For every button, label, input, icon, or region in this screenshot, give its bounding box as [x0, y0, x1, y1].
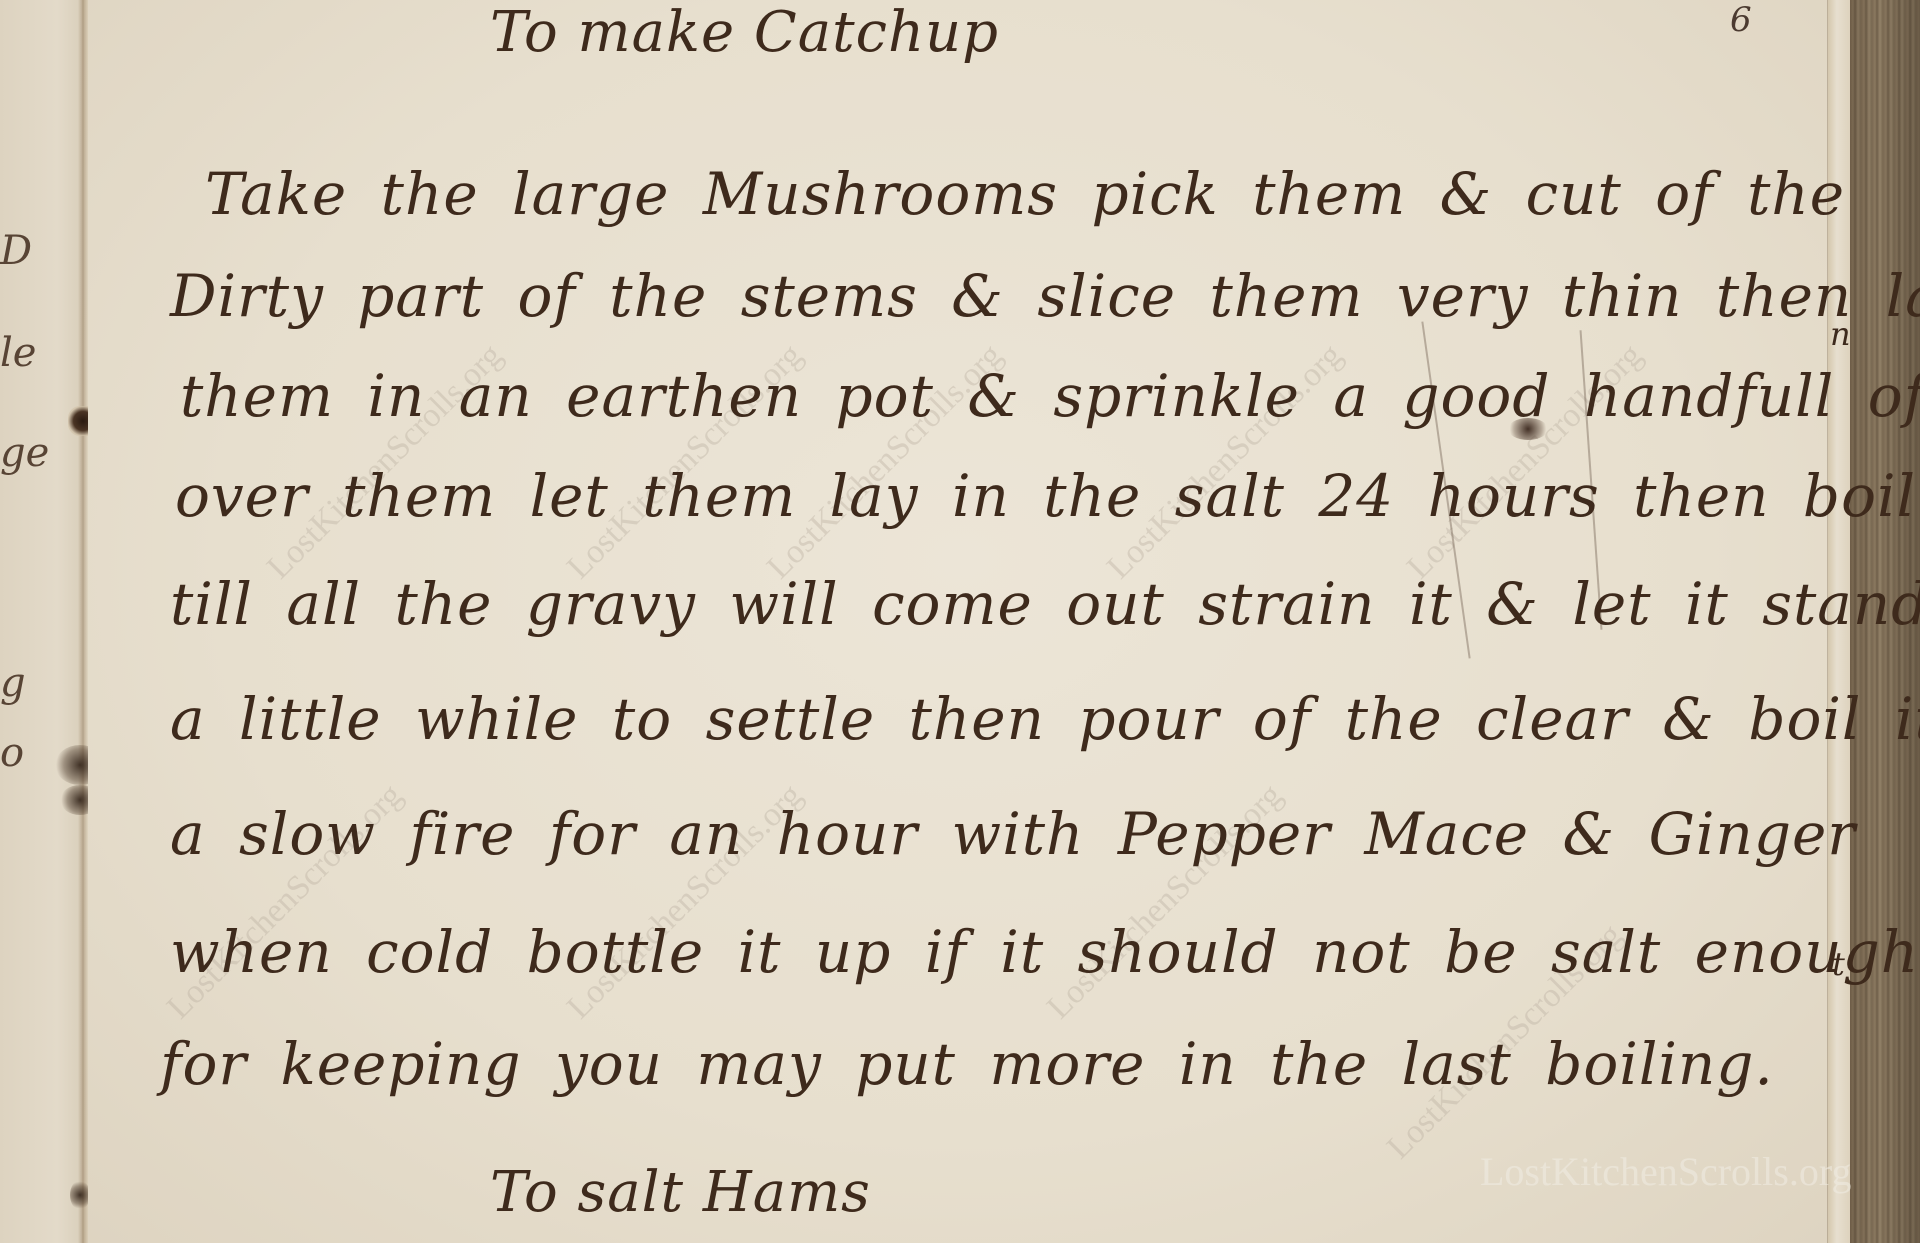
left-page-fragment: ge	[0, 430, 49, 476]
recipe-line: when cold bottle it up if it should not …	[170, 918, 1919, 986]
watermark-footer: LostKitchenScrolls.org	[1480, 1148, 1851, 1195]
recipe-title: To make Catchup	[490, 0, 999, 65]
left-page-fragment: g	[0, 660, 26, 706]
page-number: 6	[1730, 0, 1752, 40]
next-recipe-title: To salt Hams	[490, 1160, 871, 1225]
recipe-line: a slow fire for an hour with Pepper Mace…	[170, 800, 1856, 868]
left-page-fragment: le	[0, 330, 36, 376]
book-gutter	[78, 0, 88, 1243]
recipe-line: over them let them lay in the salt 24 ho…	[175, 462, 1920, 530]
recipe-line: Dirty part of the stems & slice them ver…	[170, 262, 1920, 330]
recipe-line: Take the large Mushrooms pick them & cut…	[205, 160, 1845, 228]
left-facing-page: D le ge g o	[0, 0, 82, 1243]
recipe-line: them in an earthen pot & sprinkle a good…	[180, 362, 1920, 430]
manuscript-scan: D le ge g o LostKitchenScrolls.org LostK…	[0, 0, 1920, 1243]
recipe-line: till all the gravy will come out strain …	[170, 570, 1920, 638]
recipe-line: for keeping you may put more in the last…	[160, 1030, 1774, 1098]
recipe-line: a little while to settle then pour of th…	[170, 685, 1920, 753]
left-page-fragment: D	[0, 228, 32, 274]
left-page-fragment: o	[0, 730, 24, 776]
ink-stain	[70, 1180, 90, 1210]
